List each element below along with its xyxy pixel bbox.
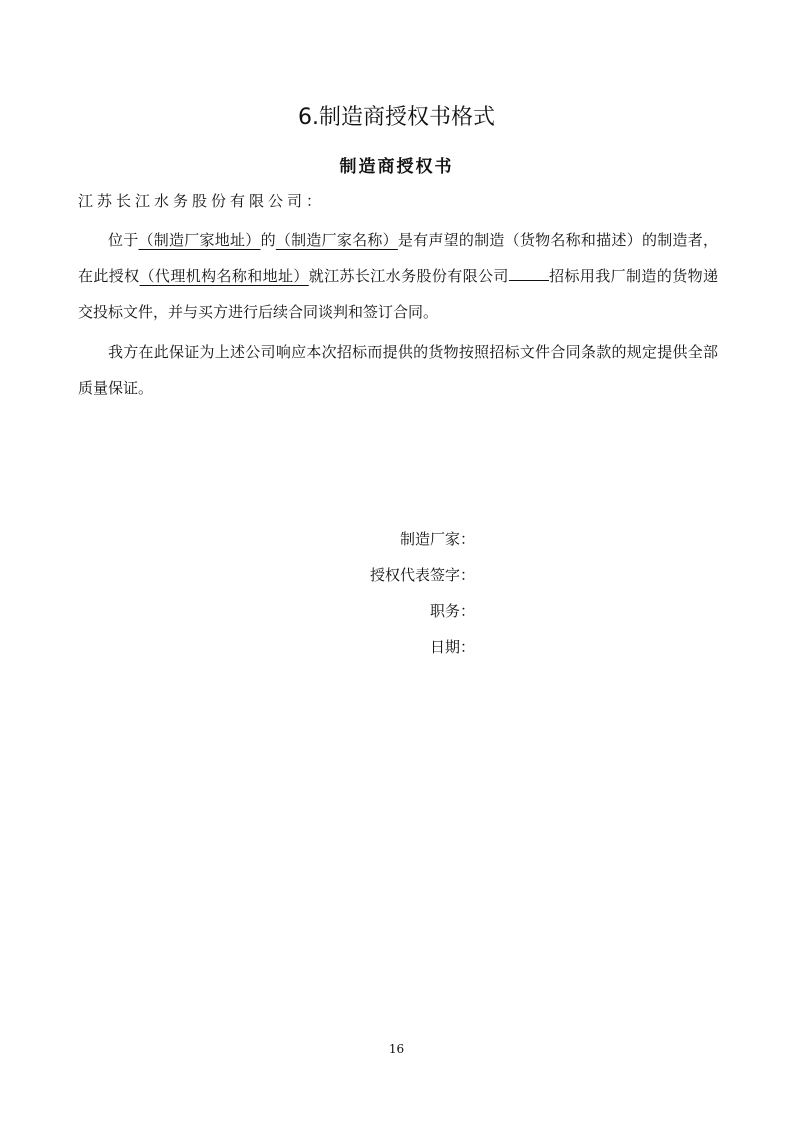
page-number: 16 bbox=[0, 1042, 793, 1056]
signature-date: 日期： bbox=[300, 636, 475, 657]
salutation: 江苏长江水务股份有限公司： bbox=[78, 190, 325, 211]
signature-position: 职务： bbox=[300, 600, 475, 621]
text: 的 bbox=[261, 231, 276, 249]
signature-manufacturer: 制造厂家： bbox=[300, 528, 475, 549]
document-subheading: 制造商授权书 bbox=[0, 152, 793, 177]
paragraph-authorization: 位于（制造厂家地址）的（制造厂家名称）是有声望的制造（货物名称和描述）的制造者，… bbox=[78, 222, 718, 330]
document-heading: 6.制造商授权书格式 bbox=[0, 100, 793, 131]
blank-field bbox=[509, 266, 549, 281]
field-manufacturer-name: （制造厂家名称） bbox=[276, 231, 398, 249]
signature-representative: 授权代表签字： bbox=[300, 564, 475, 585]
field-manufacturer-address: （制造厂家地址） bbox=[139, 231, 261, 249]
text: 就江苏长江水务股份有限公司 bbox=[309, 267, 509, 285]
text: 位于 bbox=[108, 231, 139, 249]
field-agent-name-address: （代理机构名称和地址） bbox=[140, 267, 309, 285]
paragraph-guarantee: 我方在此保证为上述公司响应本次招标而提供的货物按照招标文件合同条款的规定提供全部… bbox=[78, 334, 718, 406]
